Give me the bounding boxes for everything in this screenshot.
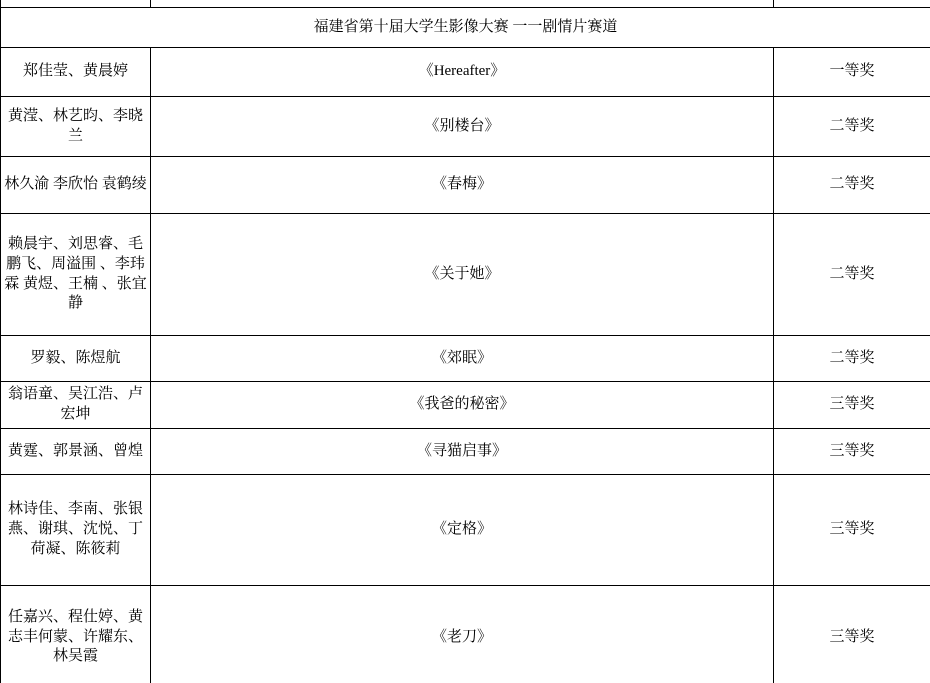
work-cell: 《我爸的秘密》	[151, 382, 774, 429]
award-cell: 三等奖	[774, 475, 930, 586]
table-row: 黄滢、林艺昀、李晓兰 《别楼台》 二等奖	[1, 97, 930, 157]
award-cell: 二等奖	[774, 336, 930, 382]
table-title-row: 福建省第十届大学生影像大赛 一一剧情片赛道	[1, 8, 930, 48]
award-cell: 二等奖	[774, 97, 930, 157]
names-cell: 赖晨宇、刘思睿、毛鹏飞、周溢围 、李玮霖 黄煜、王楠 、张宜静	[1, 214, 151, 336]
table-row: 罗毅、陈煜航 《郊眠》 二等奖	[1, 336, 930, 382]
table-row: 翁语童、吴江浩、卢宏坤 《我爸的秘密》 三等奖	[1, 382, 930, 429]
names-cell: 黄滢、林艺昀、李晓兰	[1, 97, 151, 157]
table-row: 任嘉兴、程仕婷、黄志丰何蒙、许耀东、林吴霞 《老刀》 三等奖	[1, 586, 930, 683]
names-cell: 罗毅、陈煜航	[1, 336, 151, 382]
table-row: 黄霆、郭景涵、曾煌 《寻猫启事》 三等奖	[1, 429, 930, 475]
awards-table: 福建省第十届大学生影像大赛 一一剧情片赛道 郑佳莹、黄晨婷 《Hereafter…	[0, 0, 930, 683]
names-cell: 翁语童、吴江浩、卢宏坤	[1, 382, 151, 429]
table-row: 林久渝 李欣怡 袁鹤绫 《春梅》 二等奖	[1, 157, 930, 214]
partial-row-cell	[1, 0, 151, 8]
award-cell: 三等奖	[774, 429, 930, 475]
work-cell: 《寻猫启事》	[151, 429, 774, 475]
work-cell: 《别楼台》	[151, 97, 774, 157]
table-row: 赖晨宇、刘思睿、毛鹏飞、周溢围 、李玮霖 黄煜、王楠 、张宜静 《关于她》 二等…	[1, 214, 930, 336]
names-cell: 林诗佳、李南、张银燕、谢琪、沈悦、丁荷凝、陈筱莉	[1, 475, 151, 586]
work-cell: 《春梅》	[151, 157, 774, 214]
partial-row-cell	[774, 0, 930, 8]
table-title: 福建省第十届大学生影像大赛 一一剧情片赛道	[1, 8, 930, 48]
work-cell: 《郊眠》	[151, 336, 774, 382]
award-cell: 二等奖	[774, 157, 930, 214]
partial-top-row	[1, 0, 930, 8]
names-cell: 林久渝 李欣怡 袁鹤绫	[1, 157, 151, 214]
table-row: 林诗佳、李南、张银燕、谢琪、沈悦、丁荷凝、陈筱莉 《定格》 三等奖	[1, 475, 930, 586]
award-cell: 三等奖	[774, 586, 930, 683]
award-cell: 二等奖	[774, 214, 930, 336]
award-cell: 一等奖	[774, 48, 930, 97]
table-row: 郑佳莹、黄晨婷 《Hereafter》 一等奖	[1, 48, 930, 97]
work-cell: 《老刀》	[151, 586, 774, 683]
partial-row-cell	[151, 0, 774, 8]
document-page: 福建省第十届大学生影像大赛 一一剧情片赛道 郑佳莹、黄晨婷 《Hereafter…	[0, 0, 930, 683]
names-cell: 黄霆、郭景涵、曾煌	[1, 429, 151, 475]
names-cell: 郑佳莹、黄晨婷	[1, 48, 151, 97]
work-cell: 《关于她》	[151, 214, 774, 336]
work-cell: 《定格》	[151, 475, 774, 586]
award-cell: 三等奖	[774, 382, 930, 429]
work-cell: 《Hereafter》	[151, 48, 774, 97]
names-cell: 任嘉兴、程仕婷、黄志丰何蒙、许耀东、林吴霞	[1, 586, 151, 683]
